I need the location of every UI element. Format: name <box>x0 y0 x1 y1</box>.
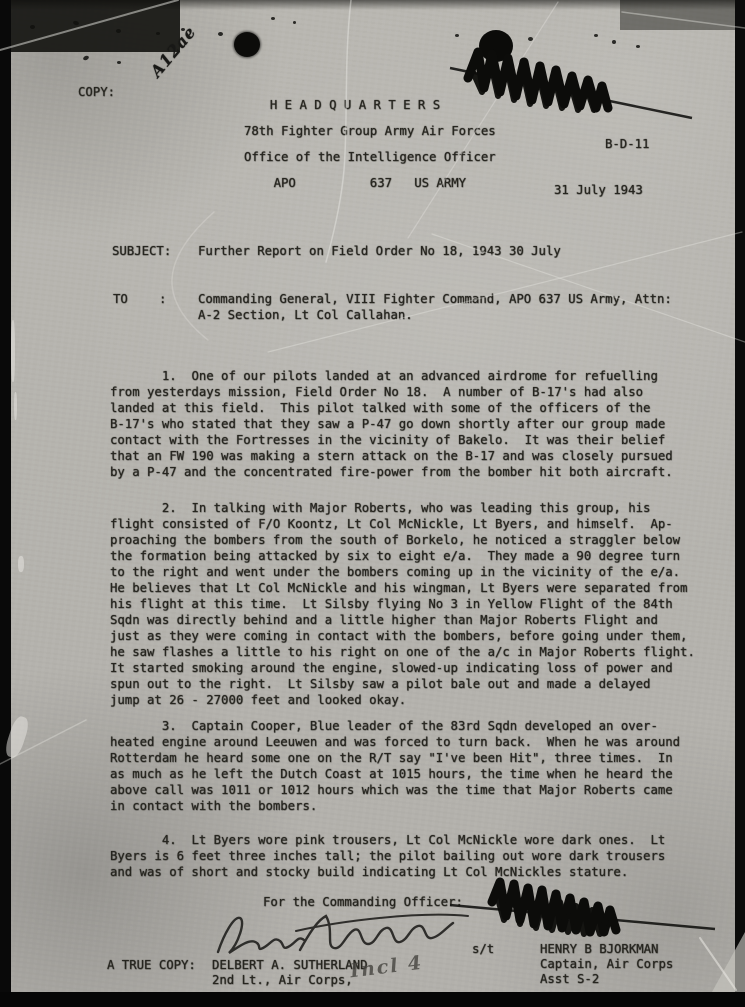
header-line-4: APO 637 US ARMY <box>274 176 467 190</box>
paragraph-3: 3. Captain Cooper, Blue leader of the 83… <box>110 718 735 814</box>
ink-speck <box>116 29 121 33</box>
ink-speck <box>218 32 223 36</box>
ink-speck <box>271 17 275 20</box>
ink-speck <box>455 34 459 37</box>
header-line-2: 78th Fighter Group Army Air Forces <box>244 124 496 138</box>
paper-edge-streak <box>18 556 24 572</box>
to-text: Commanding General, VIII Fighter Command… <box>198 291 718 323</box>
signed-typed-label: s/t <box>472 941 494 957</box>
top-edge-shadow <box>0 0 745 10</box>
ink-speck <box>30 25 35 29</box>
subject-label: SUBJECT: <box>112 243 171 259</box>
true-copy-label: A TRUE COPY: <box>107 957 196 973</box>
scanned-document-page: A12ae COPY: H E A D Q U A R T E R S 78th… <box>0 0 745 1007</box>
paragraph-2: 2. In talking with Major Roberts, who wa… <box>110 500 735 708</box>
ink-speck <box>636 45 640 48</box>
ink-speck <box>528 37 533 41</box>
paper-edge-streak <box>14 392 17 420</box>
paragraph-1: 1. One of our pilots landed at an advanc… <box>110 368 735 480</box>
document-date: 31 July 1943 <box>554 182 643 198</box>
ink-speck <box>156 32 160 35</box>
photo-border-right <box>735 0 745 1007</box>
signer-role: Asst S-2 <box>540 971 599 987</box>
closing-line: For the Commanding Officer: <box>263 894 463 910</box>
to-colon: : <box>159 291 166 307</box>
signer-title: Captain, Air Corps <box>540 956 673 972</box>
ink-speck <box>293 21 296 24</box>
ink-blot-dot <box>234 32 260 57</box>
reference-number: B-D-11 <box>605 136 649 152</box>
photo-border-left <box>0 0 11 1007</box>
copy-label: COPY: <box>78 84 115 100</box>
ink-speck <box>594 34 598 37</box>
subject-text: Further Report on Field Order No 18, 194… <box>198 243 561 259</box>
header-block: H E A D Q U A R T E R S 78th Fighter Gro… <box>55 99 655 190</box>
to-label: TO <box>113 291 128 307</box>
header-line-1: H E A D Q U A R T E R S <box>270 98 440 112</box>
paragraph-4: 4. Lt Byers wore pink trousers, Lt Col M… <box>110 832 735 880</box>
ink-speck <box>612 40 616 44</box>
photo-border-bottom <box>0 992 745 1007</box>
true-copy-name: DELBERT A. SUTHERLAND <box>212 957 367 973</box>
ink-speck <box>117 61 121 64</box>
signer-name: HENRY B BJORKMAN <box>540 941 658 957</box>
true-copy-title: 2nd Lt., Air Corps, <box>212 972 353 988</box>
paper-edge-streak <box>11 320 15 382</box>
header-line-3: Office of the Intelligence Officer <box>244 150 496 164</box>
